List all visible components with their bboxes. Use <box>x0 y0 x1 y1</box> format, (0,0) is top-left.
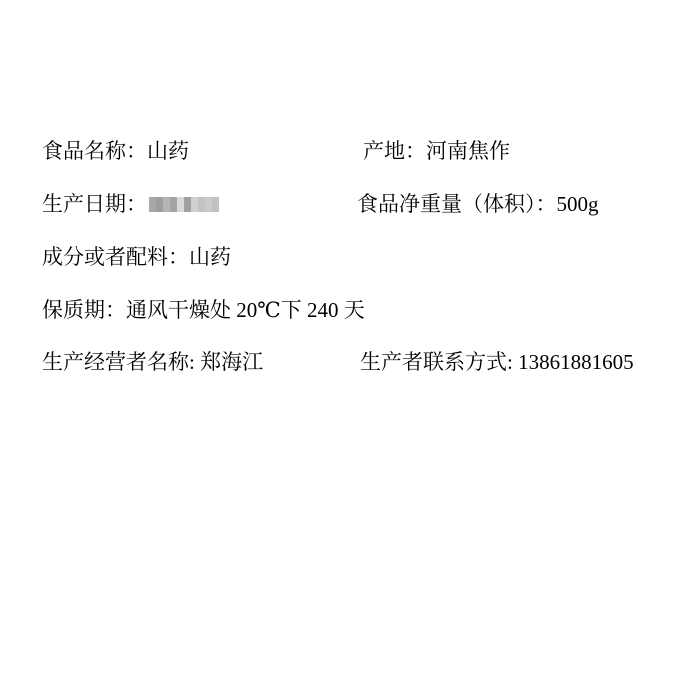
field-ingredients: 成分或者配料：山药 <box>42 246 231 268</box>
field-food-name: 食品名称：山药 <box>42 140 189 162</box>
shelf-life-label: 保质期： <box>42 298 126 322</box>
redaction-block <box>177 197 184 212</box>
ingredients-label: 成分或者配料： <box>42 245 189 269</box>
redaction-block <box>170 197 177 212</box>
ingredients-value: 山药 <box>189 245 231 269</box>
product-info-sheet: 食品名称：山药 产地：河南焦作 生产日期： 食品净重量（体积）：500g 成分或… <box>0 0 700 700</box>
net-weight-label: 食品净重量（体积）： <box>357 192 557 216</box>
shelf-life-value: 通风干燥处 20℃下 240 天 <box>126 298 365 322</box>
field-producer-name: 生产经营者名称: 郑海江 <box>42 351 263 373</box>
net-weight-value: 500g <box>557 192 599 216</box>
field-origin: 产地：河南焦作 <box>363 140 510 162</box>
redaction-block <box>184 197 191 212</box>
redaction-block <box>156 197 163 212</box>
origin-label: 产地： <box>363 139 426 163</box>
producer-contact-value: 13861881605 <box>518 350 634 374</box>
producer-name-label: 生产经营者名称: <box>42 350 200 374</box>
food-name-label: 食品名称： <box>42 139 147 163</box>
producer-name-value: 郑海江 <box>200 350 263 374</box>
producer-contact-label: 生产者联系方式: <box>360 350 518 374</box>
origin-value: 河南焦作 <box>426 139 510 163</box>
food-name-value: 山药 <box>147 139 189 163</box>
redaction-block <box>191 197 198 212</box>
field-production-date: 生产日期： <box>42 193 219 215</box>
production-date-redaction <box>149 197 219 212</box>
redaction-block <box>205 197 212 212</box>
redaction-block <box>149 197 156 212</box>
production-date-label: 生产日期： <box>42 192 147 216</box>
field-producer-contact: 生产者联系方式: 13861881605 <box>360 351 634 373</box>
field-shelf-life: 保质期：通风干燥处 20℃下 240 天 <box>42 299 365 321</box>
redaction-block <box>198 197 205 212</box>
field-net-weight: 食品净重量（体积）：500g <box>357 193 599 215</box>
redaction-block <box>163 197 170 212</box>
redaction-block <box>212 197 219 212</box>
